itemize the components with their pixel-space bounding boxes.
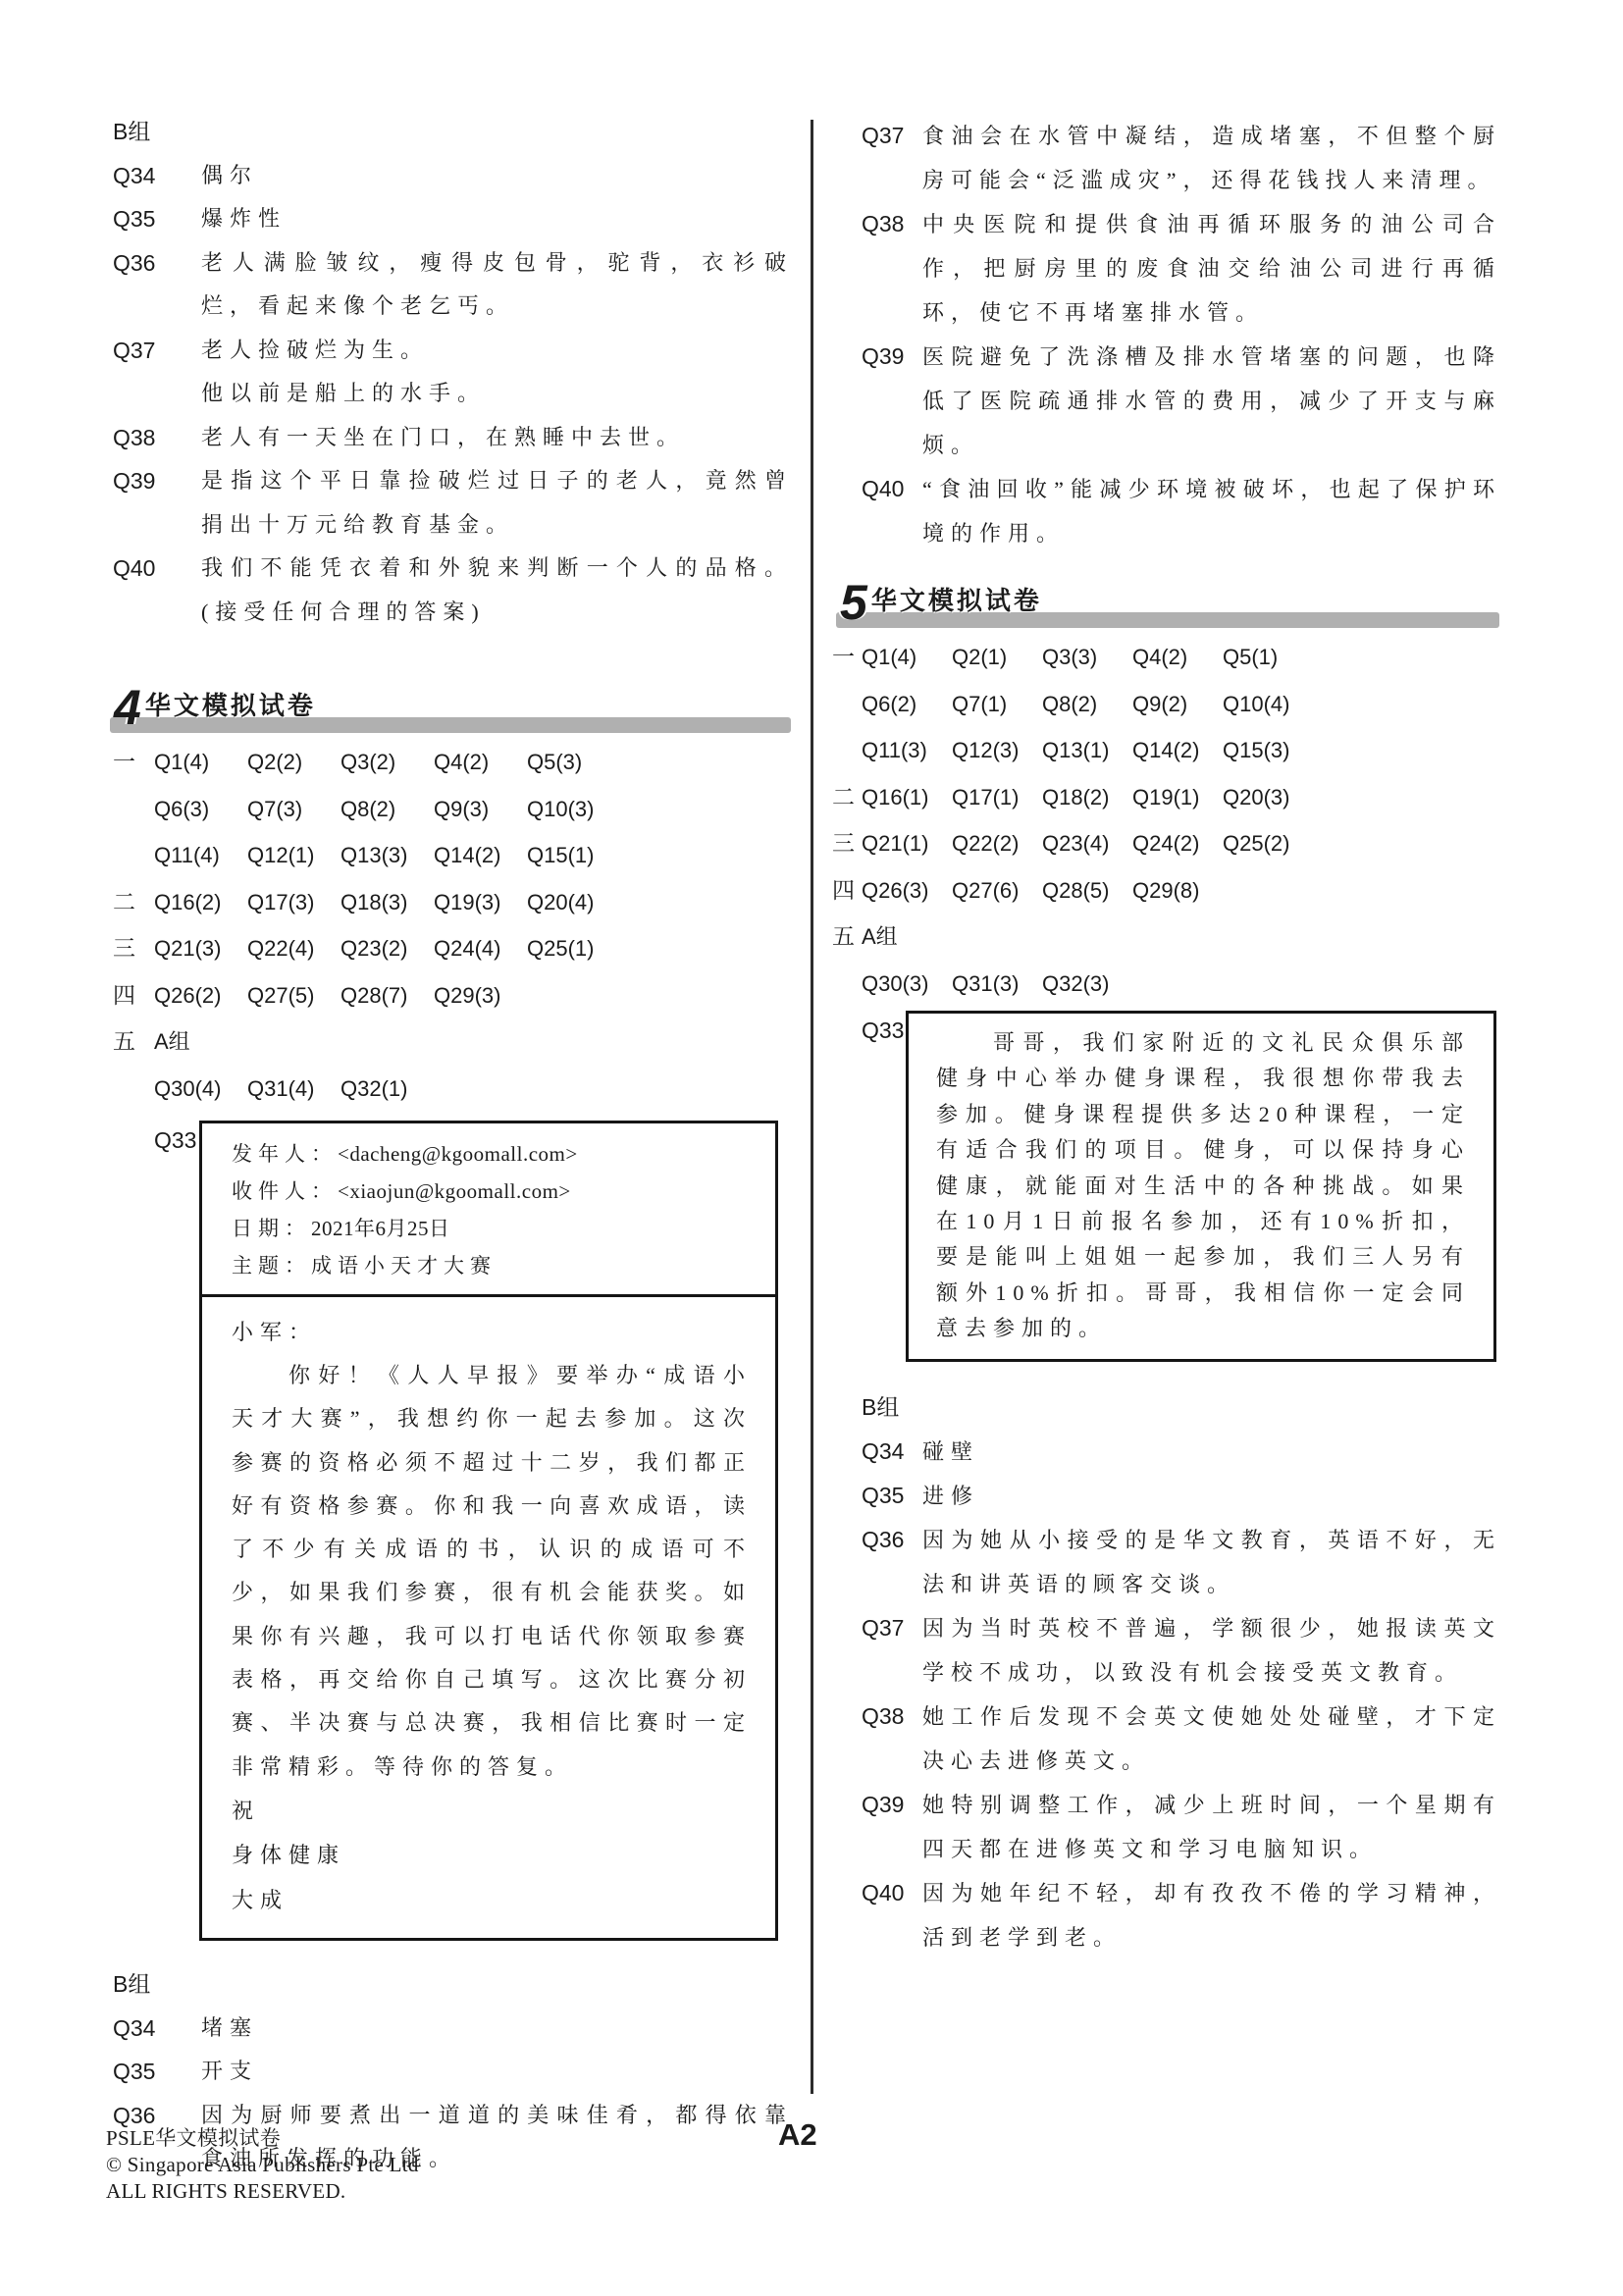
- answer-grid-row: 二 Q16(2) Q17(3) Q18(3) Q19(3) Q20(4): [106, 879, 793, 926]
- answer-item: Q37 老人捡破烂为生。 他以前是船上的水手。: [106, 329, 793, 416]
- answer-cell: Q31(3): [952, 961, 1042, 1008]
- section-marker: [113, 832, 154, 879]
- answer-cell: Q22(2): [952, 820, 1042, 867]
- question-label: Q37: [862, 114, 922, 202]
- section-marker: 二: [113, 879, 154, 926]
- answer-item: Q35 进修: [832, 1474, 1501, 1518]
- answer-item: Q40 因为她年纪不轻，却有孜孜不倦的学习精神，活到老学到老。: [832, 1871, 1501, 1959]
- email-from-label: 发年人：: [232, 1142, 338, 1166]
- footer-series-title: PSLE华文模拟试卷: [106, 2125, 419, 2152]
- left-column: B组 Q34 偶尔 Q35 爆炸性 Q36 老人满脸皱纹，瘦得皮包骨，驼背，衣衫…: [106, 110, 793, 2181]
- answer-cell: Q27(6): [952, 867, 1042, 914]
- page-footer: PSLE华文模拟试卷 © Singapore Asia Publishers P…: [106, 2125, 419, 2205]
- group-a-label: A组: [154, 1018, 247, 1066]
- answer-cell: Q32(1): [340, 1066, 434, 1113]
- answer-cell: Q6(2): [862, 681, 952, 728]
- answer-grid-row: 三 Q21(1) Q22(2) Q23(4) Q24(2) Q25(2): [832, 820, 1501, 867]
- email-date-line: 日期：2021年6月25日: [232, 1210, 752, 1247]
- answer-cell: Q22(4): [247, 925, 340, 972]
- answer-cell: Q20(3): [1223, 774, 1313, 821]
- question-label: Q36: [113, 241, 201, 329]
- email-from-address: <dacheng@kgoomall.com>: [338, 1142, 578, 1166]
- answer-text: 因为她从小接受的是华文教育，英语不好，无法和讲英语的顾客交谈。: [922, 1518, 1501, 1606]
- answer-cell: Q11(4): [154, 832, 247, 879]
- answer-cell: Q26(2): [154, 972, 247, 1019]
- answer-item: Q38 中央医院和提供食油再循环服务的油公司合作，把厨房里的废食油交给油公司进行…: [832, 202, 1501, 335]
- question-label: Q34: [113, 154, 201, 198]
- answer-cell: Q17(1): [952, 774, 1042, 821]
- email-header: 发年人：<dacheng@kgoomall.com> 收件人：<xiaojun@…: [202, 1123, 775, 1297]
- answer-cell: Q26(3): [862, 867, 952, 914]
- answer-item: Q40 “食油回收”能减少环境被破坏，也起了保护环境的作用。: [832, 467, 1501, 555]
- email-subject-label: 主题：: [232, 1254, 311, 1278]
- answer-cell: Q8(2): [340, 786, 434, 833]
- answer-item: Q35 开支: [106, 2050, 793, 2094]
- answer-text: “食油回收”能减少环境被破坏，也起了保护环境的作用。: [922, 467, 1501, 555]
- answer-cell: Q15(1): [527, 832, 620, 879]
- question-label: Q40: [862, 467, 922, 555]
- answer-text: 食油会在水管中凝结，造成堵塞，不但整个厨房可能会“泛滥成灾”，还得花钱找人来清理…: [922, 114, 1501, 202]
- answer-item: Q37 因为当时英校不普遍，学额很少，她报读英文学校不成功，以致没有机会接受英文…: [832, 1606, 1501, 1695]
- answer-item: Q36 老人满脸皱纹，瘦得皮包骨，驼背，衣衫破烂，看起来像个老乞丐。: [106, 241, 793, 329]
- answer-item: Q38 她工作后发现不会英文使她处处碰壁，才下定决心去进修英文。: [832, 1695, 1501, 1783]
- section-marker: 三: [832, 820, 862, 867]
- email-from-line: 发年人：<dacheng@kgoomall.com>: [232, 1135, 752, 1173]
- question-label: Q38: [862, 1695, 922, 1783]
- answer-cell: Q2(1): [952, 634, 1042, 681]
- question-label: Q39: [113, 459, 201, 547]
- answer-cell: Q19(1): [1132, 774, 1223, 821]
- section-marker: 五: [832, 913, 862, 961]
- answer-cell: Q27(5): [247, 972, 340, 1019]
- question-label: Q37: [862, 1606, 922, 1695]
- email-body: 小军： 你好！《人人早报》要举办“成语小天才大赛”，我想约你一起去参加。这次参赛…: [202, 1297, 775, 1938]
- question-label: Q36: [862, 1518, 922, 1606]
- answer-cell: Q23(2): [340, 925, 434, 972]
- paper-4-answer-grid: 一 Q1(4) Q2(2) Q3(2) Q4(2) Q5(3) Q6(3) Q7…: [106, 739, 793, 1112]
- email-signature: 大成: [232, 1878, 752, 1923]
- section-marker: [832, 727, 862, 774]
- answer-cell: Q4(2): [434, 739, 527, 786]
- answer-cell: Q20(4): [527, 879, 620, 926]
- answer-cell: Q3(3): [1042, 634, 1132, 681]
- question-label: Q33: [862, 1011, 906, 1362]
- group-a-label: A组: [862, 913, 952, 961]
- answer-cell: Q18(2): [1042, 774, 1132, 821]
- paper-title: 华文模拟试卷: [145, 686, 316, 722]
- answer-cell: Q8(2): [1042, 681, 1132, 728]
- question-label: Q39: [862, 1783, 922, 1871]
- footer-rights: ALL RIGHTS RESERVED.: [106, 2178, 419, 2205]
- paper3-group-b-label: B组: [106, 110, 793, 154]
- answer-text: 中央医院和提供食油再循环服务的油公司合作，把厨房里的废食油交给油公司进行再循环，…: [922, 202, 1501, 335]
- answer-cell: Q11(3): [862, 727, 952, 774]
- answer-text: 医院避免了洗涤槽及排水管堵塞的问题，也降低了医院疏通排水管的费用，减少了开支与麻…: [922, 335, 1501, 467]
- email-subject-value: 成语小天才大赛: [311, 1254, 497, 1278]
- question-label: Q38: [113, 416, 201, 460]
- section-marker: 二: [832, 774, 862, 821]
- answer-grid-row: 一 Q1(4) Q2(1) Q3(3) Q4(2) Q5(1): [832, 634, 1501, 681]
- footer-copyright: © Singapore Asia Publishers Pte Ltd: [106, 2152, 419, 2178]
- question-label: Q34: [113, 2007, 201, 2051]
- answer-cell: Q14(2): [1132, 727, 1223, 774]
- answer-cell: Q24(4): [434, 925, 527, 972]
- section-marker: 五: [113, 1018, 154, 1066]
- answer-line: 老人捡破烂为生。: [201, 329, 793, 373]
- answer-cell: Q23(4): [1042, 820, 1132, 867]
- answer-grid-row: Q11(4) Q12(1) Q13(3) Q14(2) Q15(1): [106, 832, 793, 879]
- answer-grid-row: Q6(3) Q7(3) Q8(2) Q9(3) Q10(3): [106, 786, 793, 833]
- answer-text: 因为她年纪不轻，却有孜孜不倦的学习精神，活到老学到老。: [922, 1871, 1501, 1959]
- paper-4-header: 4华文模拟试卷: [106, 682, 793, 733]
- answer-text: 偶尔: [201, 154, 793, 198]
- answer-cell: Q6(3): [154, 786, 247, 833]
- section-marker: [113, 1066, 154, 1113]
- answer-cell: Q28(7): [340, 972, 434, 1019]
- answer-grid-row: Q6(2) Q7(1) Q8(2) Q9(2) Q10(4): [832, 681, 1501, 728]
- answer-cell: Q10(3): [527, 786, 620, 833]
- answer-item: Q39 她特别调整工作，减少上班时间，一个星期有四天都在进修英文和学习电脑知识。: [832, 1783, 1501, 1871]
- answer-grid-row: 五 A组: [106, 1018, 793, 1066]
- answer-cell: Q13(1): [1042, 727, 1132, 774]
- answer-text: 是指这个平日靠捡破烂过日子的老人，竟然曾捐出十万元给教育基金。: [201, 459, 793, 547]
- email-date-value: 2021年6月25日: [311, 1217, 450, 1240]
- answer-cell: Q30(3): [862, 961, 952, 1008]
- page-number: A2: [778, 2117, 817, 2153]
- answer-cell: Q25(2): [1223, 820, 1313, 867]
- answer-cell: Q5(3): [527, 739, 620, 786]
- email-closing-wish: 祝: [232, 1789, 752, 1834]
- email-to-line: 收件人：<xiaojun@kgoomall.com>: [232, 1173, 752, 1210]
- answer-item: Q34 碰壁: [832, 1430, 1501, 1474]
- column-divider: [811, 120, 813, 2094]
- answer-item: Q40 我们不能凭衣着和外貌来判断一个人的品格。(接受任何合理的答案): [106, 547, 793, 634]
- question-label: Q35: [862, 1474, 922, 1518]
- answer-cell: Q7(1): [952, 681, 1042, 728]
- answer-item: Q36 因为她从小接受的是华文教育，英语不好，无法和讲英语的顾客交谈。: [832, 1518, 1501, 1606]
- answer-cell: Q24(2): [1132, 820, 1223, 867]
- question-label: Q34: [862, 1430, 922, 1474]
- question-label: Q39: [862, 335, 922, 467]
- section-marker: [832, 961, 862, 1008]
- answer-grid-row: Q30(4) Q31(4) Q32(1): [106, 1066, 793, 1113]
- answer-cell: Q32(3): [1042, 961, 1132, 1008]
- answer-item: Q38 老人有一天坐在门口，在熟睡中去世。: [106, 416, 793, 460]
- q33-note-answer: Q33 哥哥，我们家附近的文礼民众俱乐部健身中心举办健身课程，我很想你带我去参加…: [832, 1011, 1501, 1362]
- answer-grid-row: 三 Q21(3) Q22(4) Q23(2) Q24(4) Q25(1): [106, 925, 793, 972]
- question-label: Q40: [862, 1871, 922, 1959]
- answer-text: 堵塞: [201, 2007, 793, 2051]
- section-marker: 一: [113, 739, 154, 786]
- answer-item: Q39 医院避免了洗涤槽及排水管堵塞的问题，也降低了医院疏通排水管的费用，减少了…: [832, 335, 1501, 467]
- note-text: 哥哥，我们家附近的文礼民众俱乐部健身中心举办健身课程，我很想你带我去参加。健身课…: [936, 1025, 1470, 1347]
- answer-text: 碰壁: [922, 1430, 1501, 1474]
- question-label: Q35: [113, 2050, 201, 2094]
- answer-cell: Q10(4): [1223, 681, 1313, 728]
- answer-text: 我们不能凭衣着和外貌来判断一个人的品格。(接受任何合理的答案): [201, 547, 793, 634]
- answer-text: 老人有一天坐在门口，在熟睡中去世。: [201, 416, 793, 460]
- section-marker: [113, 786, 154, 833]
- email-to-address: <xiaojun@kgoomall.com>: [338, 1179, 571, 1203]
- answer-text: 爆炸性: [201, 197, 793, 241]
- question-label: Q40: [113, 547, 201, 634]
- answer-grid-row: 四 Q26(2) Q27(5) Q28(7) Q29(3): [106, 972, 793, 1019]
- paper5-group-b-label: B组: [832, 1385, 1501, 1430]
- email-box: 发年人：<dacheng@kgoomall.com> 收件人：<xiaojun@…: [199, 1121, 778, 1941]
- answer-grid-row: 四 Q26(3) Q27(6) Q28(5) Q29(8): [832, 867, 1501, 914]
- question-label: Q35: [113, 197, 201, 241]
- answer-cell: Q9(2): [1132, 681, 1223, 728]
- right-column: Q37 食油会在水管中凝结，造成堵塞，不但整个厨房可能会“泛滥成灾”，还得花钱找…: [832, 110, 1501, 1959]
- answer-cell: Q29(8): [1132, 867, 1223, 914]
- answer-cell: Q25(1): [527, 925, 620, 972]
- answer-cell: Q2(2): [247, 739, 340, 786]
- answer-item: Q34 堵塞: [106, 2007, 793, 2051]
- answer-cell: Q5(1): [1223, 634, 1313, 681]
- answer-cell: Q18(3): [340, 879, 434, 926]
- answer-item: Q39 是指这个平日靠捡破烂过日子的老人，竟然曾捐出十万元给教育基金。: [106, 459, 793, 547]
- answer-cell: Q1(4): [154, 739, 247, 786]
- answer-cell: Q15(3): [1223, 727, 1313, 774]
- answer-cell: Q9(3): [434, 786, 527, 833]
- email-body-text: 你好！《人人早报》要举办“成语小天才大赛”，我想约你一起去参加。这次参赛的资格必…: [232, 1354, 752, 1789]
- paper-5-header: 5华文模拟试卷: [832, 577, 1501, 628]
- answer-text: 老人捡破烂为生。 他以前是船上的水手。: [201, 329, 793, 416]
- answer-cell: Q16(2): [154, 879, 247, 926]
- answer-text: 老人满脸皱纹，瘦得皮包骨，驼背，衣衫破烂，看起来像个老乞丐。: [201, 241, 793, 329]
- paper-title: 华文模拟试卷: [871, 581, 1042, 617]
- answer-cell: Q12(1): [247, 832, 340, 879]
- question-label: Q37: [113, 329, 201, 416]
- note-box: 哥哥，我们家附近的文礼民众俱乐部健身中心举办健身课程，我很想你带我去参加。健身课…: [906, 1011, 1496, 1362]
- section-marker: 四: [113, 972, 154, 1019]
- answer-grid-row: Q11(3) Q12(3) Q13(1) Q14(2) Q15(3): [832, 727, 1501, 774]
- email-closing-greeting: 身体健康: [232, 1833, 752, 1878]
- answer-grid-row: 五 A组: [832, 913, 1501, 961]
- answer-cell: Q1(4): [862, 634, 952, 681]
- email-salutation: 小军：: [232, 1311, 752, 1354]
- answer-text: 因为当时英校不普遍，学额很少，她报读英文学校不成功，以致没有机会接受英文教育。: [922, 1606, 1501, 1695]
- answer-cell: Q12(3): [952, 727, 1042, 774]
- answer-grid-row: 一 Q1(4) Q2(2) Q3(2) Q4(2) Q5(3): [106, 739, 793, 786]
- answer-cell: Q14(2): [434, 832, 527, 879]
- answer-text: 进修: [922, 1474, 1501, 1518]
- email-subject-line: 主题：成语小天才大赛: [232, 1247, 752, 1284]
- answer-text: 开支: [201, 2050, 793, 2094]
- paper-number: 5: [832, 577, 871, 628]
- answer-cell: Q21(1): [862, 820, 952, 867]
- answer-cell: Q17(3): [247, 879, 340, 926]
- answer-cell: Q28(5): [1042, 867, 1132, 914]
- answer-grid-row: Q30(3) Q31(3) Q32(3): [832, 961, 1501, 1008]
- answer-item: Q37 食油会在水管中凝结，造成堵塞，不但整个厨房可能会“泛滥成灾”，还得花钱找…: [832, 114, 1501, 202]
- section-marker: [832, 681, 862, 728]
- answer-cell: Q29(3): [434, 972, 527, 1019]
- answer-key-page: { "page": { "number": "A2", "footer_l1":…: [0, 0, 1623, 2296]
- answer-cell: Q4(2): [1132, 634, 1223, 681]
- answer-cell: Q3(2): [340, 739, 434, 786]
- paper4-group-b-label: B组: [106, 1962, 793, 2007]
- answer-item: Q35 爆炸性: [106, 197, 793, 241]
- answer-text: 她特别调整工作，减少上班时间，一个星期有四天都在进修英文和学习电脑知识。: [922, 1783, 1501, 1871]
- answer-text: 她工作后发现不会英文使她处处碰壁，才下定决心去进修英文。: [922, 1695, 1501, 1783]
- paper-5-answer-grid: 一 Q1(4) Q2(1) Q3(3) Q4(2) Q5(1) Q6(2) Q7…: [832, 634, 1501, 1007]
- answer-cell: Q19(3): [434, 879, 527, 926]
- email-to-label: 收件人：: [232, 1179, 338, 1203]
- answer-line: 他以前是船上的水手。: [201, 372, 793, 416]
- section-marker: 一: [832, 634, 862, 681]
- email-date-label: 日期：: [232, 1217, 311, 1240]
- answer-grid-row: 二 Q16(1) Q17(1) Q18(2) Q19(1) Q20(3): [832, 774, 1501, 821]
- answer-cell: Q21(3): [154, 925, 247, 972]
- answer-cell: Q13(3): [340, 832, 434, 879]
- answer-cell: Q30(4): [154, 1066, 247, 1113]
- section-marker: 三: [113, 925, 154, 972]
- question-label: Q38: [862, 202, 922, 335]
- paper-number: 4: [106, 682, 145, 733]
- answer-cell: Q16(1): [862, 774, 952, 821]
- answer-cell: Q7(3): [247, 786, 340, 833]
- question-label: Q33: [154, 1121, 199, 1941]
- answer-item: Q34 偶尔: [106, 154, 793, 198]
- answer-cell: Q31(4): [247, 1066, 340, 1113]
- section-marker: 四: [832, 867, 862, 914]
- q33-email-answer: Q33 发年人：<dacheng@kgoomall.com> 收件人：<xiao…: [106, 1121, 793, 1941]
